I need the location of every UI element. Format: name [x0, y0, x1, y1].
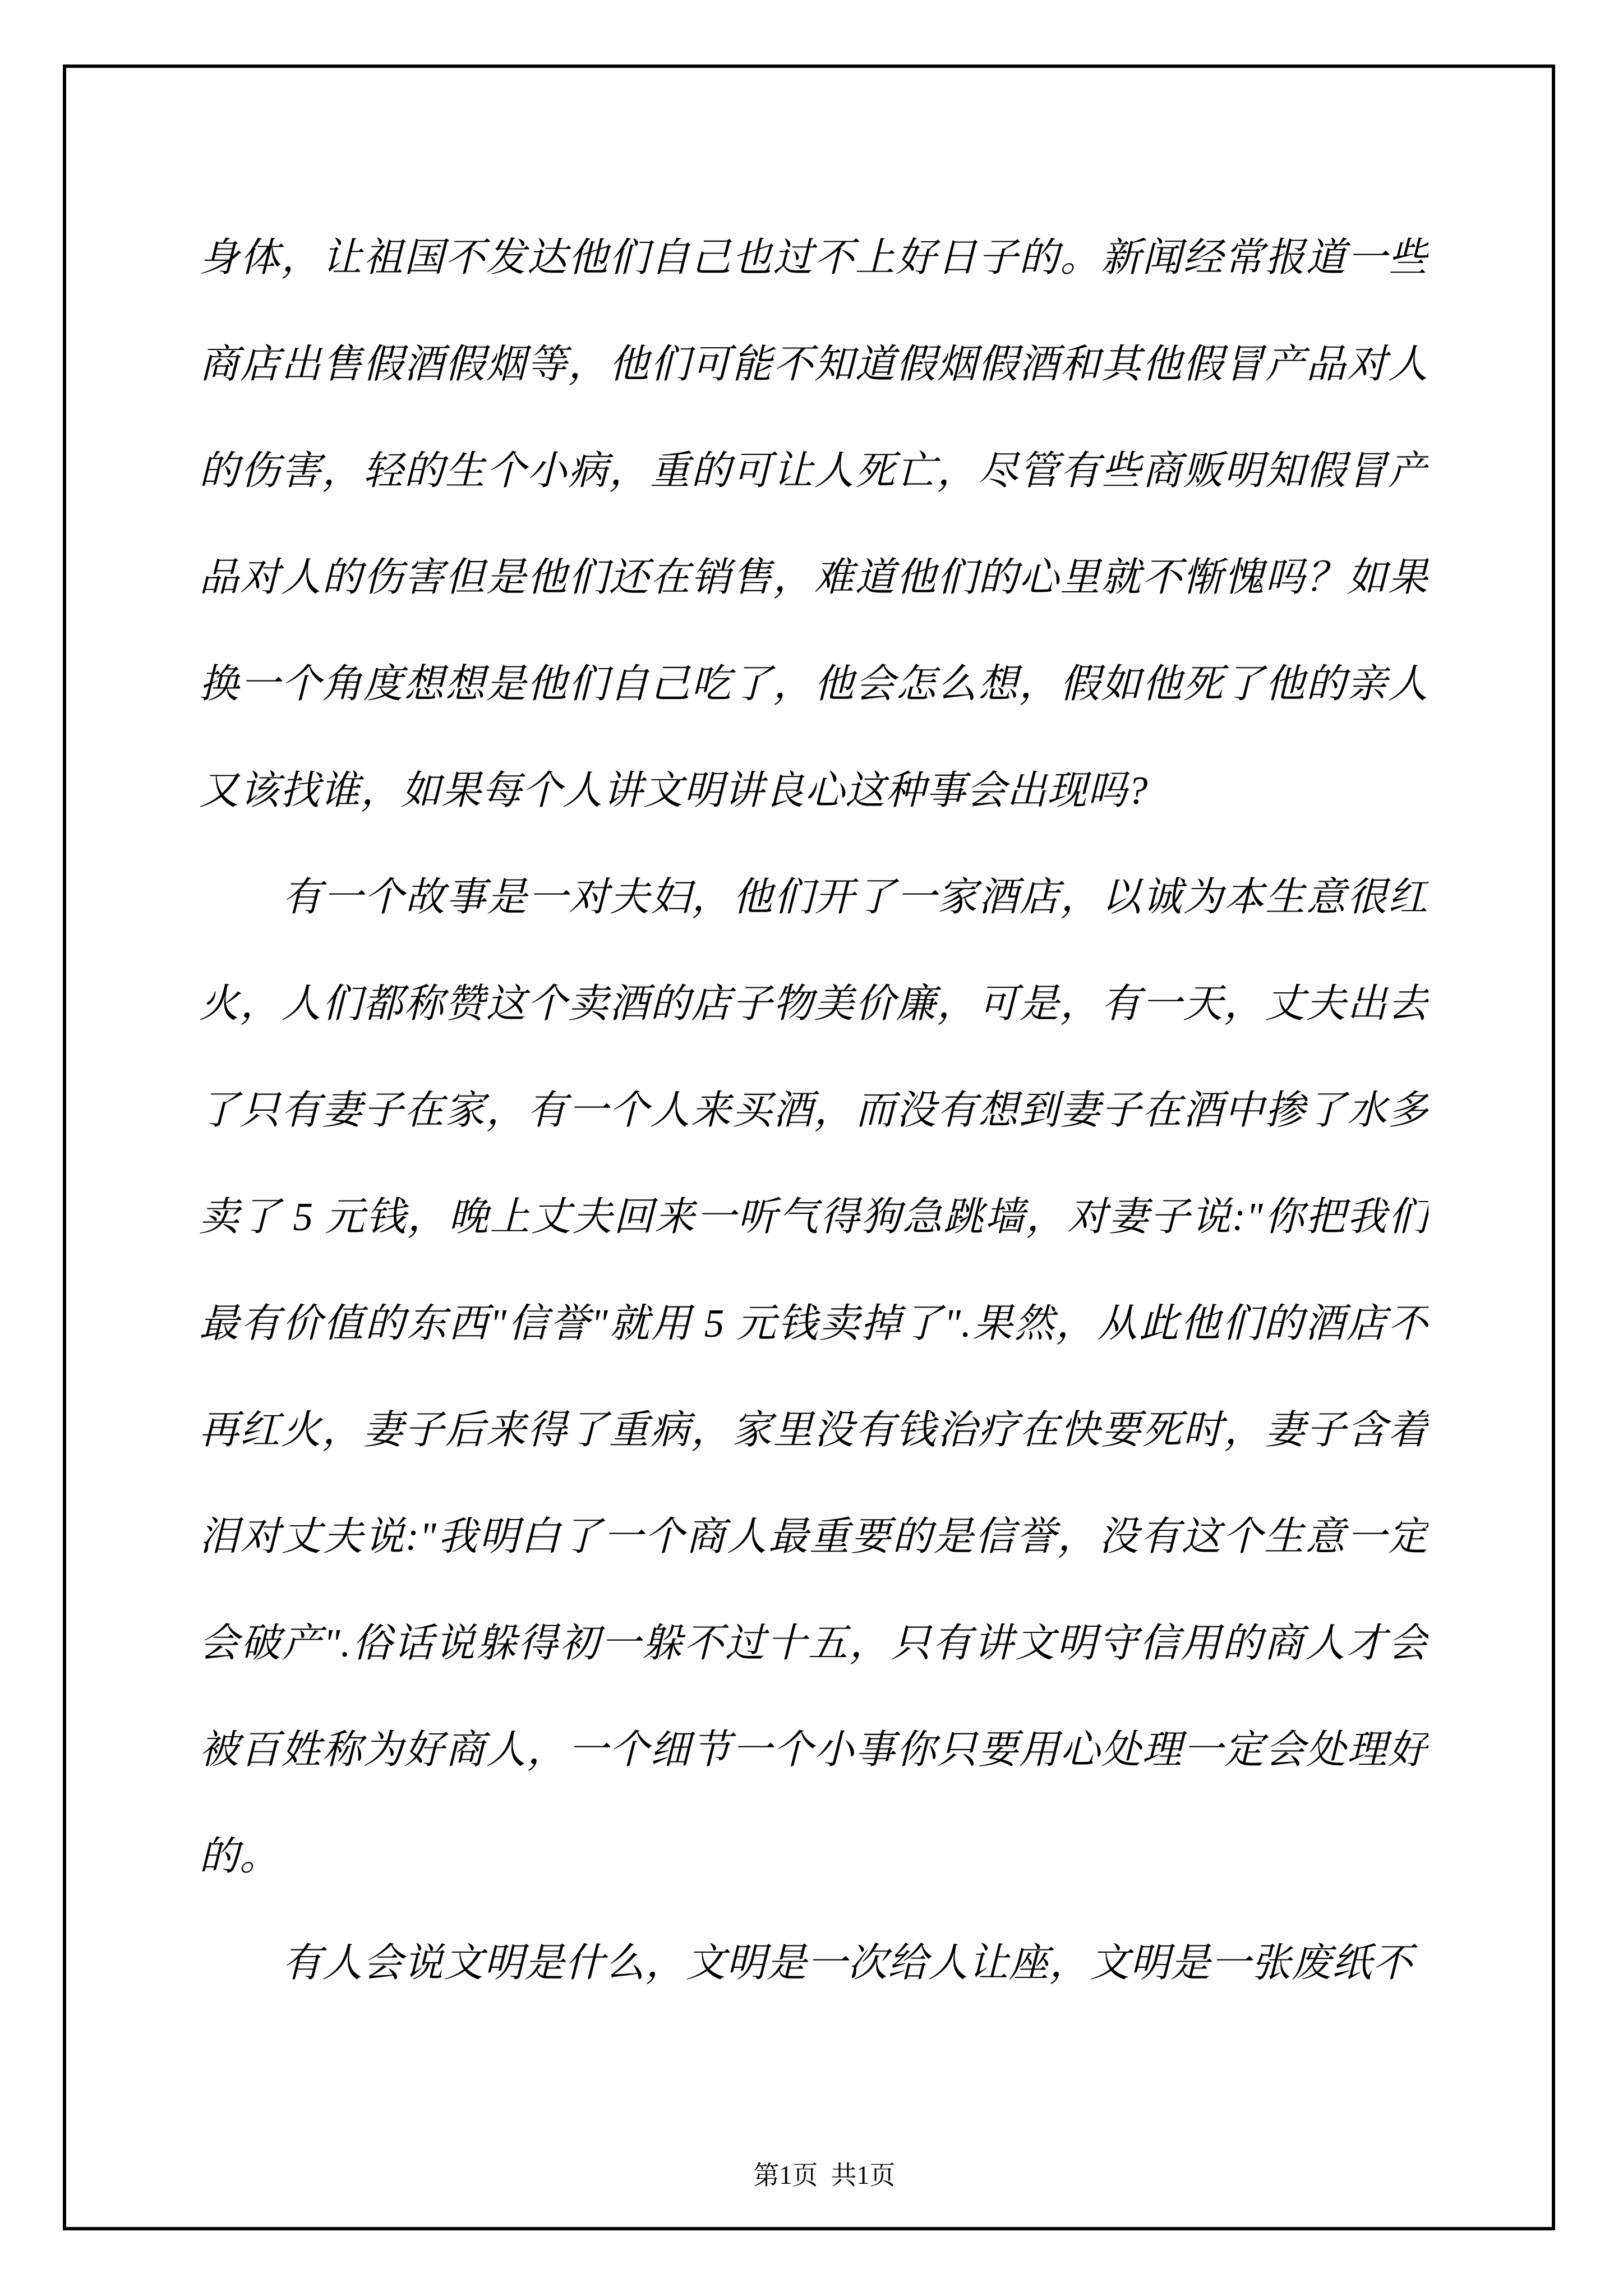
- document-page: 身体，让祖国不发达他们自己也过不上好日子的。新闻经常报道一些 商店出售假酒假烟等…: [0, 0, 1623, 2296]
- page-number: 第1页 共1页: [754, 2161, 896, 2189]
- text-line: 的。: [199, 1803, 1428, 1910]
- text-line: 再红火，妻子后来得了重病，家里没有钱治疗在快要死时，妻子含着: [199, 1377, 1428, 1484]
- text-line: 有一个故事是一对夫妇，他们开了一家酒店，以诚为本生意很红: [199, 844, 1428, 951]
- page-footer: 第1页 共1页: [0, 2125, 1623, 2221]
- text-line: 身体，让祖国不发达他们自己也过不上好日子的。新闻经常报道一些: [199, 205, 1428, 311]
- text-line: 最有价值的东西"信誉"就用 5 元钱卖掉了".果然，从此他们的酒店不: [199, 1271, 1428, 1377]
- text-line: 有人会说文明是什么，文明是一次给人让座，文明是一张废纸不: [199, 1910, 1428, 2017]
- text-line: 又该找谁，如果每个人讲文明讲良心这种事会出现吗?: [199, 738, 1428, 844]
- text-line: 会破产".俗话说躲得初一躲不过十五，只有讲文明守信用的商人才会: [199, 1590, 1428, 1697]
- text-line: 品对人的伤害但是他们还在销售，难道他们的心里就不惭愧吗？如果: [199, 524, 1428, 631]
- text-line: 被百姓称为好商人，一个细节一个小事你只要用心处理一定会处理好: [199, 1697, 1428, 1803]
- text-line: 泪对丈夫说:"我明白了一个商人最重要的是信誉，没有这个生意一定: [199, 1484, 1428, 1590]
- document-text: 身体，让祖国不发达他们自己也过不上好日子的。新闻经常报道一些 商店出售假酒假烟等…: [199, 205, 1428, 2017]
- text-line: 火，人们都称赞这个卖酒的店子物美价廉，可是，有一天，丈夫出去: [199, 951, 1428, 1057]
- text-line: 商店出售假酒假烟等，他们可能不知道假烟假酒和其他假冒产品对人: [199, 311, 1428, 418]
- text-line: 换一个角度想想是他们自己吃了，他会怎么想，假如他死了他的亲人: [199, 631, 1428, 738]
- text-line: 了只有妻子在家，有一个人来买酒，而没有想到妻子在酒中掺了水多: [199, 1057, 1428, 1164]
- text-line: 卖了 5 元钱，晚上丈夫回来一听气得狗急跳墙，对妻子说:"你把我们: [199, 1164, 1428, 1271]
- text-line: 的伤害，轻的生个小病，重的可让人死亡，尽管有些商贩明知假冒产: [199, 418, 1428, 524]
